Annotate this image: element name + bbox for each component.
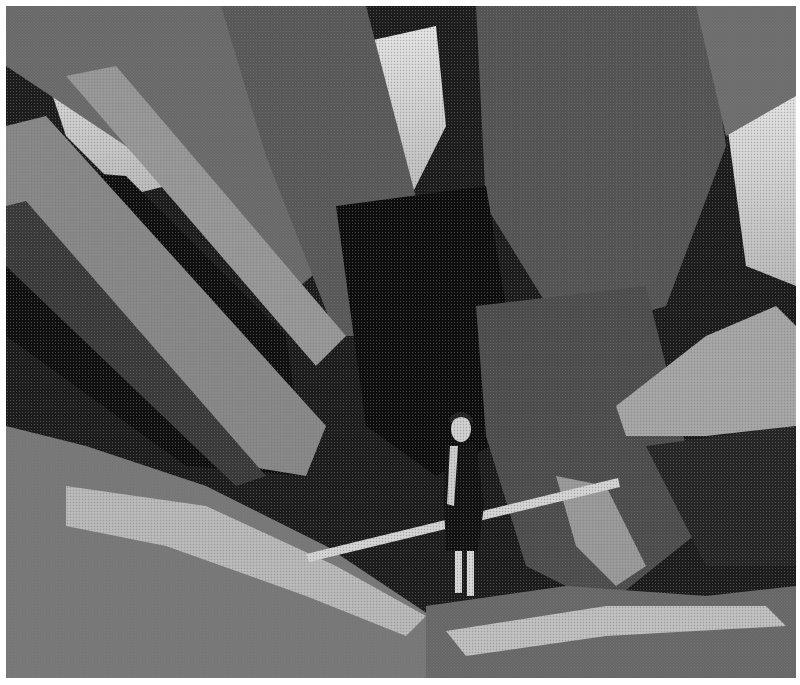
tree-photograph [6,6,796,678]
photo-frame: Black-and-white photograph of a massive … [0,0,800,685]
tree-scene [6,6,796,678]
image-description: Black-and-white photograph of a massive … [0,0,1,1]
